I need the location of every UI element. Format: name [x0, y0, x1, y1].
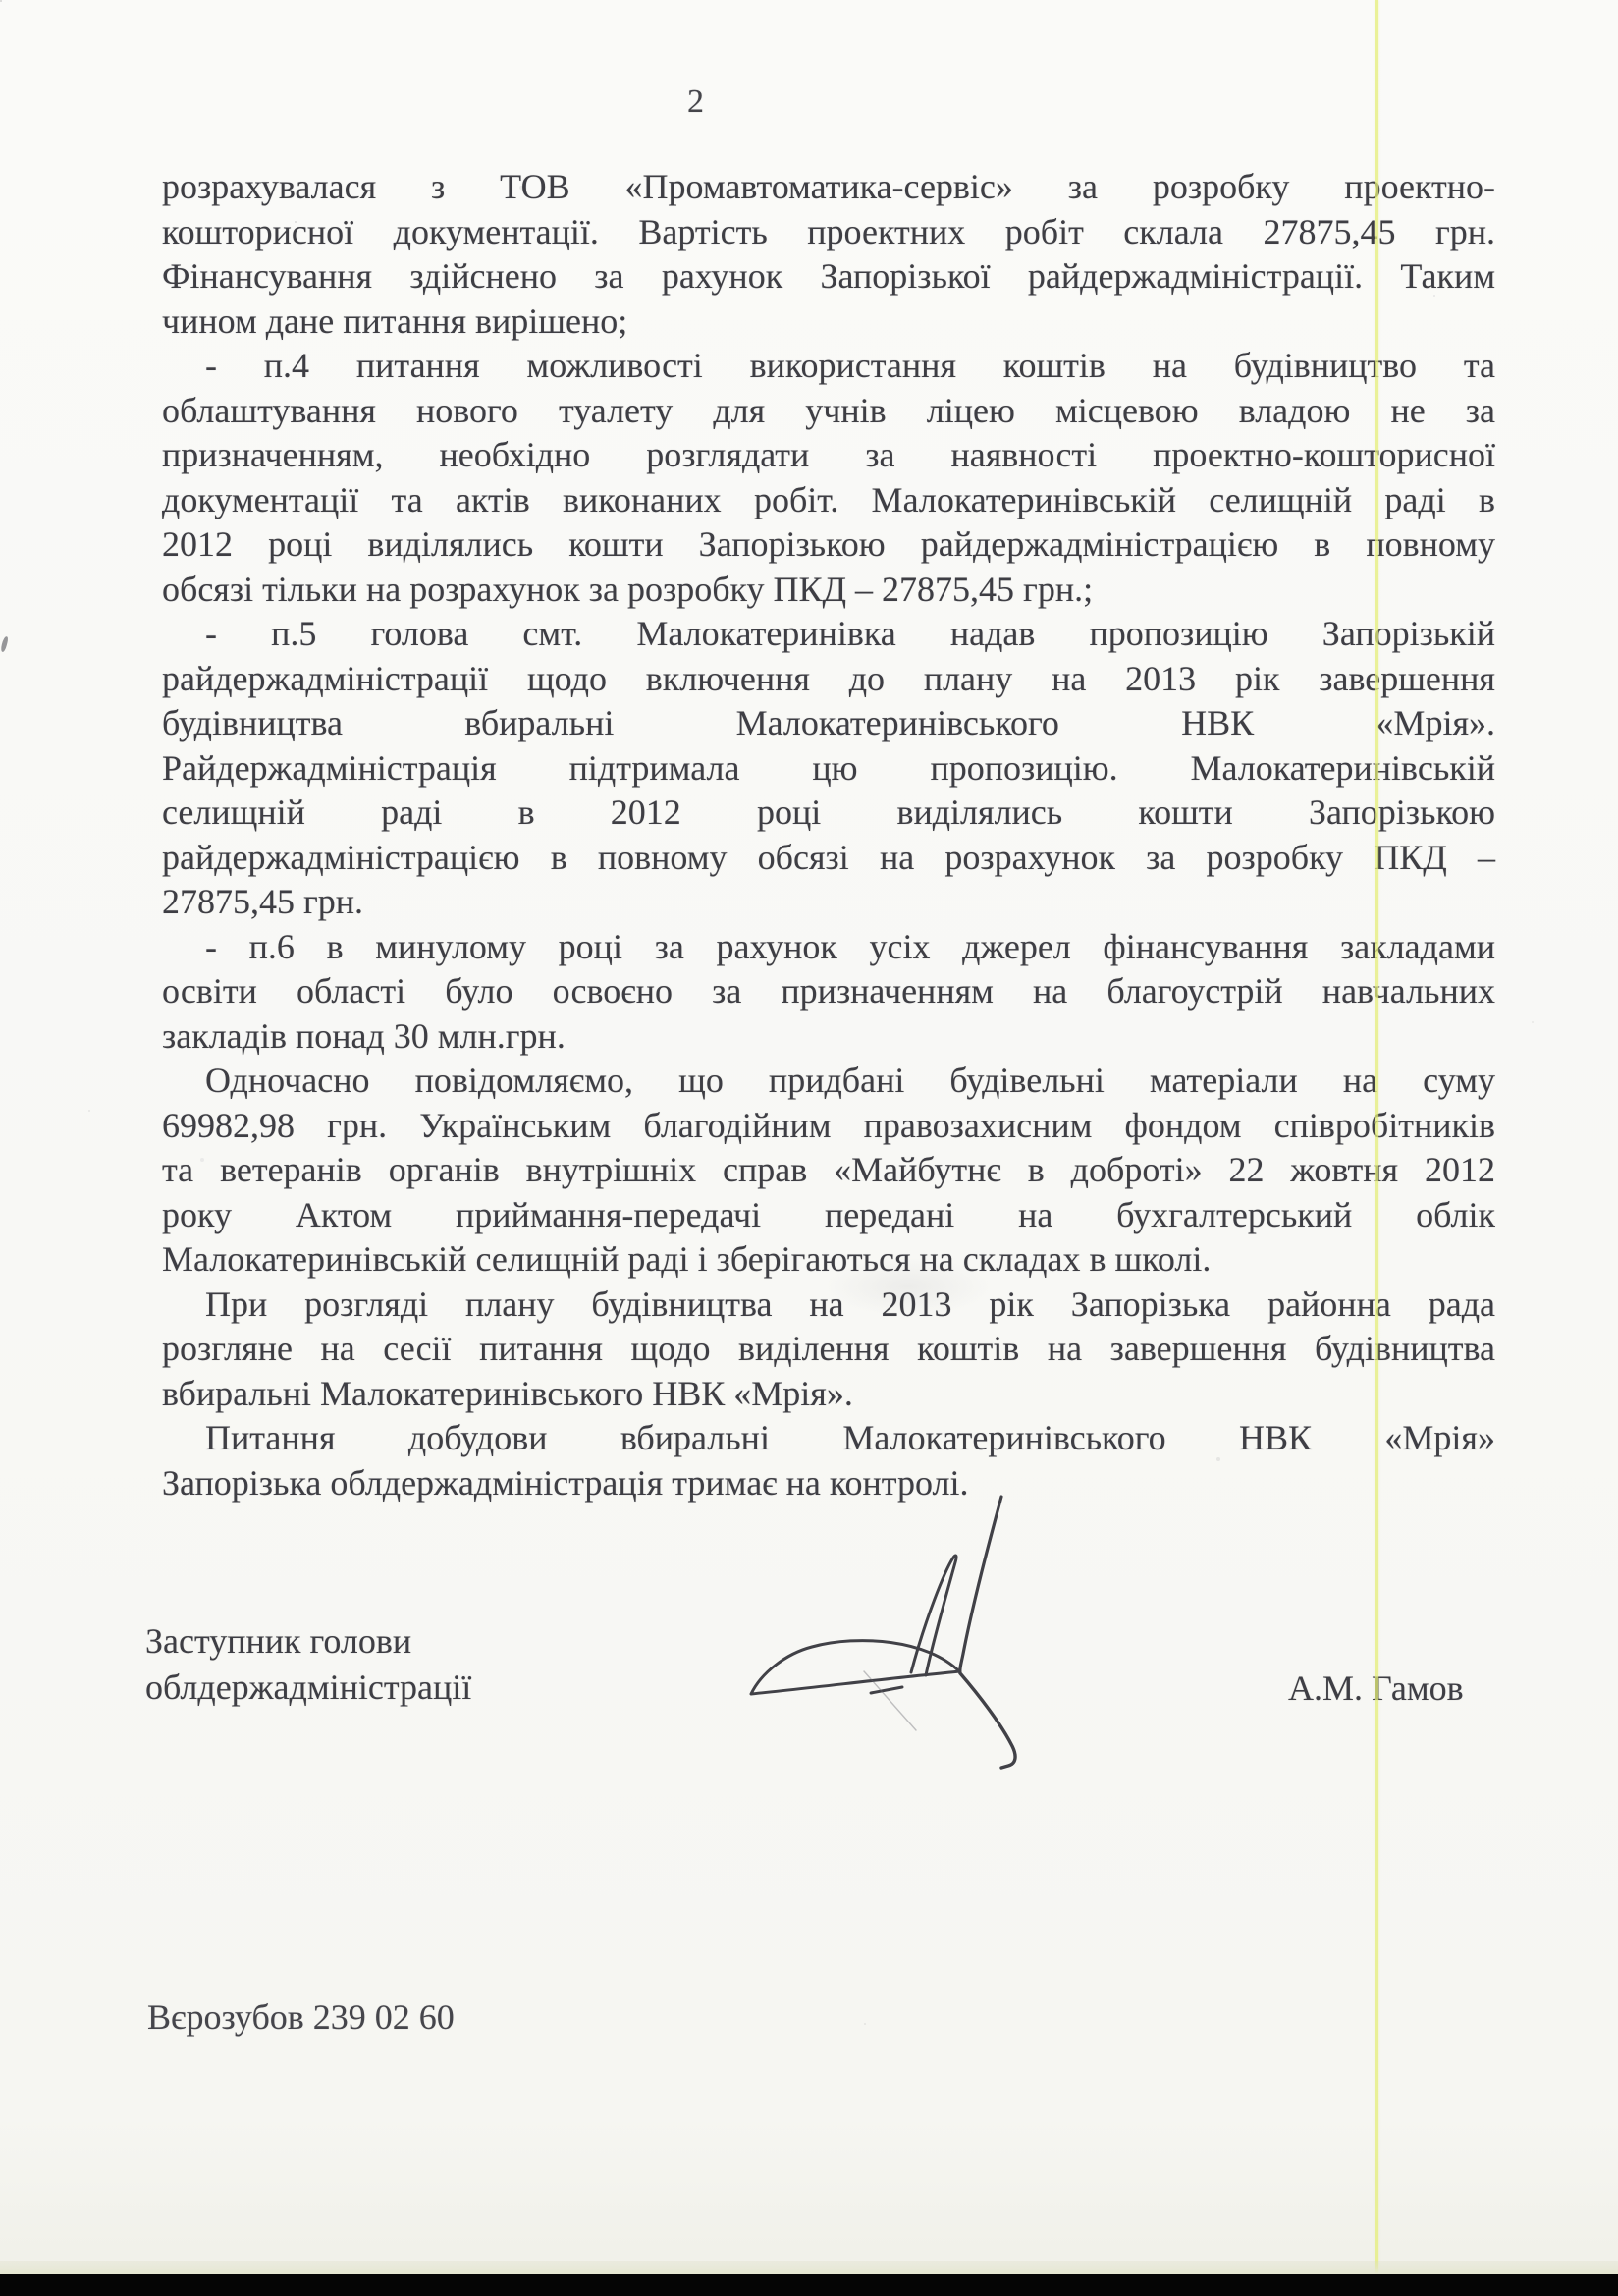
text-line: 2012 році виділялись кошти Запорізькою р… [162, 522, 1495, 568]
text-line: розгляне на сесії питання щодо виділення… [162, 1327, 1495, 1372]
text-line: Одночасно повідомляємо, що придбані буді… [162, 1059, 1495, 1104]
text-line: кошторисної документації. Вартість проек… [162, 210, 1495, 255]
text-line: райдержадміністрацією в повному обсязі н… [162, 836, 1495, 881]
text-line: - п.5 голова смт. Малокатеринівка надав … [162, 612, 1495, 657]
signatory-position-line1: Заступник голови [145, 1618, 471, 1665]
text-line: розрахувалася з ТОВ «Промавтоматика-серв… [162, 165, 1495, 210]
text-line: 27875,45 грн. [162, 880, 1495, 925]
text-line: Райдержадміністрація підтримала цю пропо… [162, 746, 1495, 792]
text-line: - п.6 в минулому році за рахунок усіх дж… [162, 925, 1495, 970]
text-line: обсязі тільки на розрахунок за розробку … [162, 568, 1495, 613]
text-line: чином дане питання вирішено; [162, 300, 1495, 345]
text-line: призначенням, необхідно розглядати за на… [162, 433, 1495, 478]
text-line: 69982,98 грн. Українським благодійним пр… [162, 1104, 1495, 1149]
document-body: розрахувалася з ТОВ «Промавтоматика-серв… [162, 165, 1495, 1505]
text-line: будівництва вбиральні Малокатеринівськог… [162, 701, 1495, 746]
handwritten-signature [702, 1485, 1095, 1809]
text-line: закладів понад 30 млн.грн. [162, 1014, 1495, 1060]
text-line: - п.4 питання можливості використання ко… [162, 344, 1495, 389]
scan-artifact-paper-edge [0, 2261, 1618, 2274]
signatory-position-title: Заступник голови облдержадміністрації [145, 1618, 471, 1711]
scan-artifact-yellow-line [1375, 0, 1378, 2296]
text-line: райдержадміністрації щодо включення до п… [162, 657, 1495, 702]
text-line: облаштування нового туалету для учнів лі… [162, 389, 1495, 434]
scan-artifact-black-edge [0, 2274, 1618, 2296]
text-line: Питання добудови вбиральні Малокатеринів… [162, 1416, 1495, 1461]
text-line: року Актом приймання-передачі передані н… [162, 1193, 1495, 1238]
text-line: та ветеранів органів внутрішніх справ «М… [162, 1148, 1495, 1193]
text-line: селищній раді в 2012 році виділялись кош… [162, 791, 1495, 836]
text-line: При розгляді плану будівництва на 2013 р… [162, 1283, 1495, 1328]
scan-noise-speckles [0, 0, 2, 2]
scan-edge-mark [0, 636, 9, 653]
text-line: Малокатеринівській селищній раді і збері… [162, 1237, 1495, 1283]
scanned-document-page: 2 розрахувалася з ТОВ «Промавтоматика-се… [0, 0, 1618, 2296]
signatory-position-line2: облдержадміністрації [145, 1665, 471, 1711]
text-line: вбиральні Малокатеринівського НВК «Мрія»… [162, 1372, 1495, 1417]
text-line: Фінансування здійснено за рахунок Запорі… [162, 254, 1495, 300]
text-line: освіти області було освоєно за призначен… [162, 969, 1495, 1014]
text-line: документації та актів виконаних робіт. М… [162, 478, 1495, 523]
page-number: 2 [687, 82, 704, 122]
footer-contact: Вєрозубов 239 02 60 [147, 1995, 455, 2039]
